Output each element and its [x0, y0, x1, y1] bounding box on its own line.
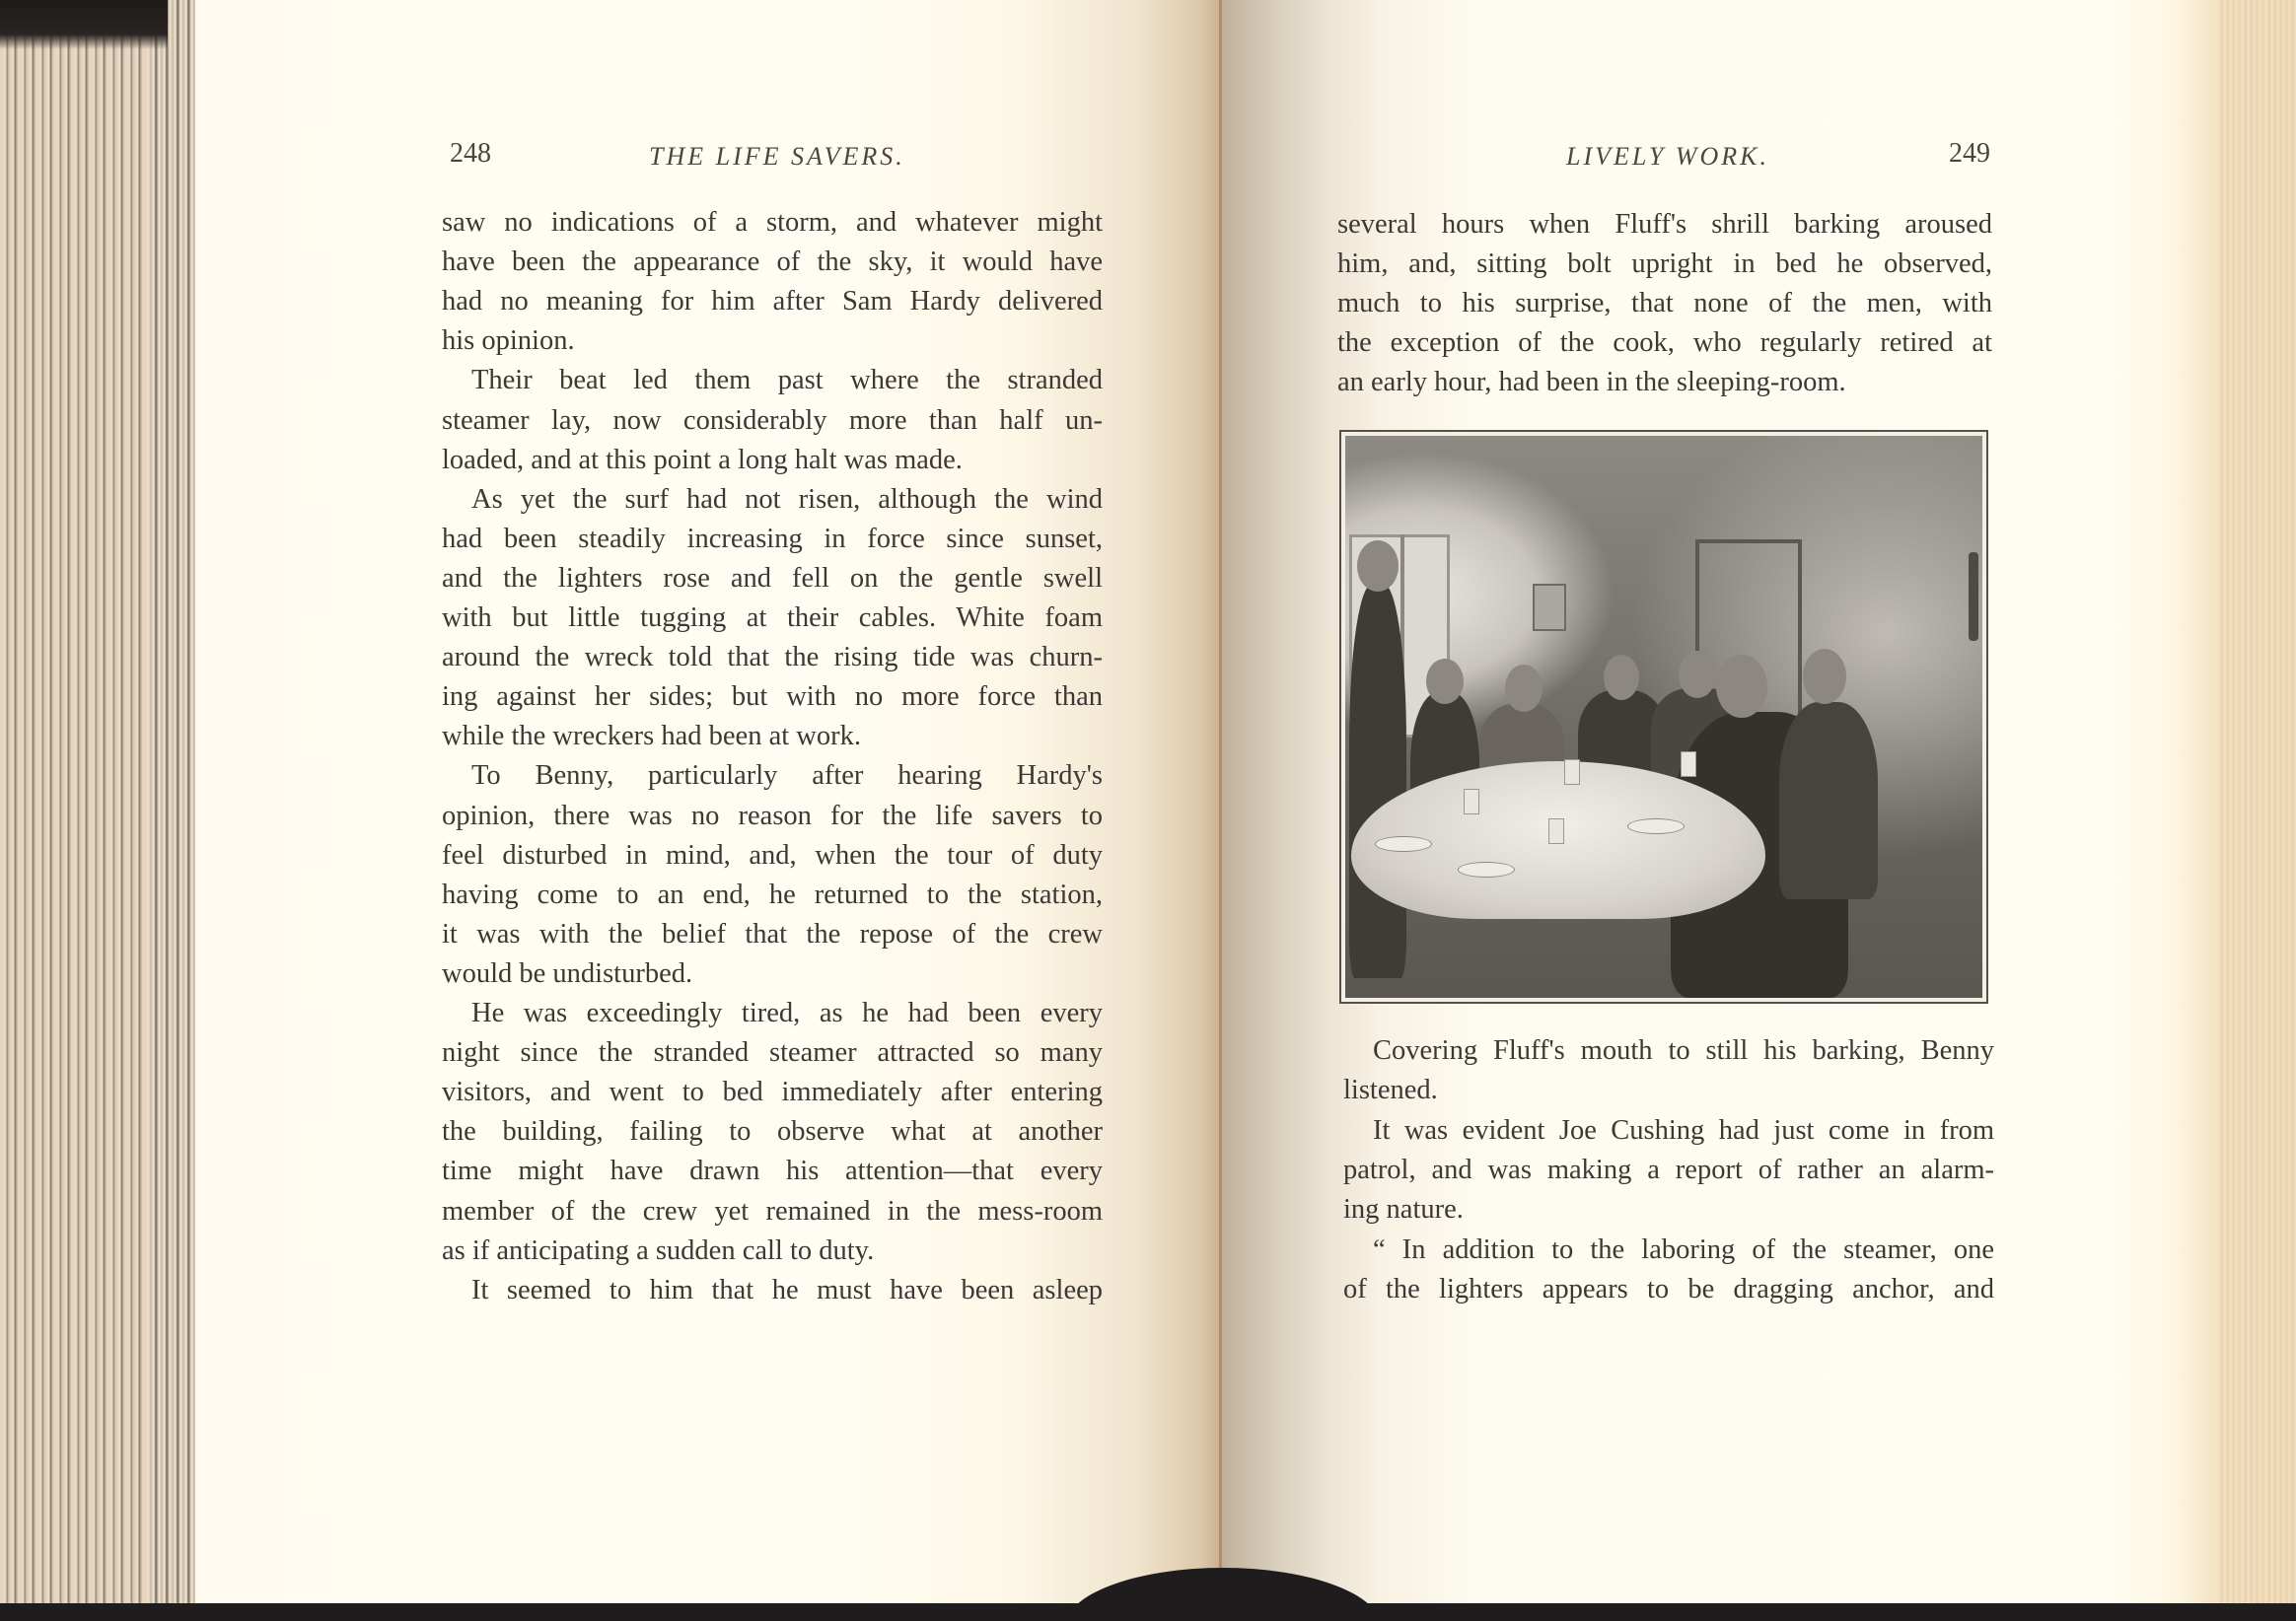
text-line: feel disturbed in mind, and, when the to… — [442, 836, 1103, 876]
photo-wall-frame — [1533, 584, 1566, 631]
text-line: as if anticipating a sudden call to duty… — [442, 1232, 1103, 1271]
photo-person — [1349, 584, 1406, 978]
text-line: the building, failing to observe what at… — [442, 1112, 1103, 1152]
text-line: it was with the belief that the repose o… — [442, 915, 1103, 954]
text-line: would be undisturbed. — [442, 954, 1103, 994]
text-line: an early hour, had been in the sleeping-… — [1337, 363, 1992, 402]
photo-head — [1679, 651, 1716, 698]
text-line: loaded, and at this point a long halt wa… — [442, 441, 1103, 480]
text-line: with but little tugging at their cables.… — [442, 599, 1103, 638]
photo-head — [1426, 659, 1464, 704]
photo-glass — [1548, 818, 1564, 844]
photo-plate — [1627, 818, 1685, 834]
photo-glass — [1564, 759, 1580, 785]
photo-image — [1345, 436, 1982, 998]
photo-wall-frame-right — [1969, 552, 1978, 641]
text-line: while the wreckers had been at work. — [442, 717, 1103, 756]
right-running-head: LIVELY WORK. — [1566, 142, 1769, 172]
text-line: He was exceedingly tired, as he had been… — [442, 994, 1103, 1033]
left-page-edges-inner — [148, 0, 195, 1603]
text-line: To Benny, particularly after hearing Har… — [442, 756, 1103, 796]
photo-glass — [1681, 751, 1696, 777]
photo-head — [1716, 655, 1767, 718]
text-line: and the lighters rose and fell on the ge… — [442, 559, 1103, 599]
illustration-photo — [1339, 430, 1988, 1004]
text-line: As yet the surf had not risen, although … — [442, 480, 1103, 520]
gutter-fold — [1219, 0, 1222, 1597]
text-line: night since the stranded steamer attract… — [442, 1033, 1103, 1073]
text-line: Their beat led them past where the stran… — [442, 361, 1103, 400]
text-line: had no meaning for him after Sam Hardy d… — [442, 282, 1103, 321]
photo-plate — [1375, 836, 1432, 852]
text-line: him, and, sitting bolt upright in bed he… — [1337, 245, 1992, 284]
text-line: ing against her sides; but with no more … — [442, 677, 1103, 717]
left-page-number: 248 — [450, 138, 491, 170]
text-line: the exception of the cook, who regularly… — [1337, 323, 1992, 363]
text-line: his opinion. — [442, 321, 1103, 361]
right-page-edges-lines — [2219, 0, 2296, 1603]
text-line: saw no indications of a storm, and whate… — [442, 203, 1103, 243]
text-line: visitors, and went to bed immediately af… — [442, 1073, 1103, 1112]
text-line: listened. — [1343, 1071, 1994, 1110]
text-line: patrol, and was making a report of rathe… — [1343, 1151, 1994, 1190]
photo-head — [1803, 649, 1846, 704]
photo-head — [1604, 655, 1639, 700]
text-line: “ In addition to the laboring of the ste… — [1343, 1231, 1994, 1270]
text-line: of the lighters appears to be dragging a… — [1343, 1270, 1994, 1309]
text-line: ing nature. — [1343, 1190, 1994, 1230]
text-line: member of the crew yet remained in the m… — [442, 1192, 1103, 1232]
text-line: much to his surprise, that none of the m… — [1337, 284, 1992, 323]
photo-person — [1779, 702, 1878, 899]
text-line: time might have drawn his attention—that… — [442, 1152, 1103, 1191]
photo-glass — [1464, 789, 1479, 814]
text-line: Covering Fluff's mouth to still his bark… — [1343, 1031, 1994, 1071]
text-line: opinion, there was no reason for the lif… — [442, 797, 1103, 836]
text-line: around the wreck told that the rising ti… — [442, 638, 1103, 677]
text-line: It seemed to him that he must have been … — [442, 1271, 1103, 1310]
text-line: have been the appearance of the sky, it … — [442, 243, 1103, 282]
left-cover-shadow — [0, 0, 168, 49]
photo-head — [1357, 540, 1399, 592]
text-line: It was evident Joe Cushing had just come… — [1343, 1111, 1994, 1151]
text-line: had been steadily increasing in force si… — [442, 520, 1103, 559]
text-line: several hours when Fluff's shrill barkin… — [1337, 205, 1992, 245]
photo-plate — [1458, 862, 1515, 878]
text-line: steamer lay, now considerably more than … — [442, 401, 1103, 441]
left-running-head: THE LIFE SAVERS. — [649, 142, 905, 172]
text-line: having come to an end, he returned to th… — [442, 876, 1103, 915]
right-page-number: 249 — [1949, 138, 1990, 170]
photo-head — [1505, 665, 1543, 712]
